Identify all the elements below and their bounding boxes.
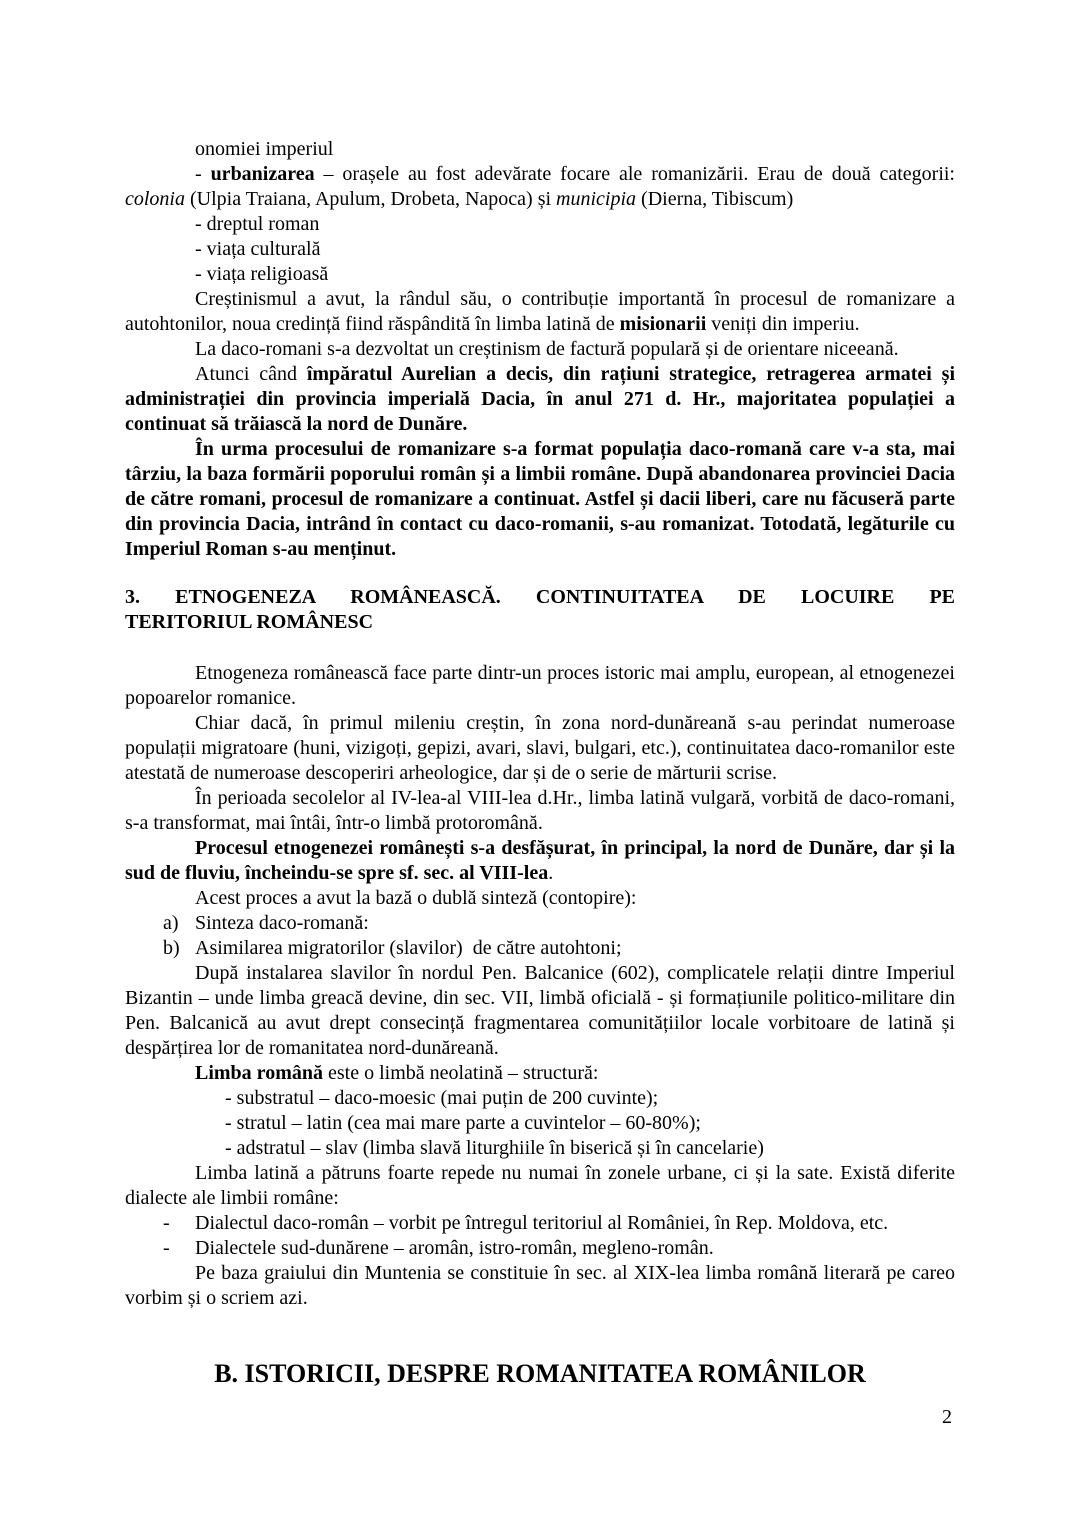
text-segment: 3. ETNOGENEZA ROMÂNEASCĂ. CONTINUITATEA … — [125, 586, 955, 608]
page-number: 2 — [942, 1405, 952, 1430]
paragraph: - dreptul roman — [125, 212, 955, 237]
paragraph: Atunci când împăratul Aurelian a decis, … — [125, 362, 955, 437]
text-segment: Dialectul daco-român – vorbit pe întregu… — [195, 1212, 888, 1234]
text-segment: Sinteza daco-romană: — [195, 912, 369, 934]
sub-list-item: - adstratul – slav (limba slavă liturghi… — [225, 1136, 955, 1161]
text-segment: - dreptul roman — [195, 213, 319, 235]
text-segment: municipia — [556, 188, 636, 210]
text-segment: Asimilarea migratorilor (slavilor) de că… — [195, 937, 622, 959]
text-segment: - stratul – latin (cea mai mare parte a … — [225, 1112, 701, 1134]
paragraph: - urbanizarea – orașele au fost adevărat… — [125, 162, 955, 212]
text-segment: În perioada secolelor al IV-lea-al VIII-… — [125, 787, 955, 834]
paragraph: Pe baza graiului din Muntenia se constit… — [125, 1261, 955, 1311]
paragraph: Procesul etnogenezei românești s-a desfă… — [125, 836, 955, 886]
section-heading-line: 3. ETNOGENEZA ROMÂNEASCĂ. CONTINUITATEA … — [125, 585, 955, 610]
sub-list-item: - stratul – latin (cea mai mare parte a … — [225, 1111, 955, 1136]
text-segment: - viața culturală — [195, 238, 321, 260]
list-marker: - — [163, 1236, 195, 1261]
list-item-text: Dialectul daco-român – vorbit pe întregu… — [195, 1211, 955, 1236]
text-segment: Procesul etnogenezei românești s-a desfă… — [125, 837, 955, 884]
text-segment: Chiar dacă, în primul mileniu creștin, î… — [125, 712, 955, 784]
list-item: -Dialectele sud-dunărene – aromân, istro… — [125, 1236, 955, 1261]
section-heading-line: TERITORIUL ROMÂNESC — [125, 610, 955, 635]
text-segment: onomiei imperiul — [195, 138, 333, 160]
list-item: -Dialectul daco-român – vorbit pe întreg… — [125, 1211, 955, 1236]
document-page: onomiei imperiul- urbanizarea – orașele … — [0, 0, 1080, 1527]
paragraph: Limba latină a pătruns foarte repede nu … — [125, 1161, 955, 1211]
paragraph: onomiei imperiul — [125, 137, 955, 162]
list-marker: a) — [163, 911, 195, 936]
text-segment: Acest proces a avut la bază o dublă sint… — [195, 887, 636, 909]
text-segment: - viața religioasă — [195, 263, 328, 285]
text-segment: Etnogeneza românească face parte dintr-u… — [125, 662, 955, 709]
list-marker: - — [163, 1211, 195, 1236]
text-segment: În urma procesului de romanizare s-a for… — [125, 438, 955, 560]
text-segment: misionarii — [620, 313, 707, 335]
paragraph: Limba română este o limbă neolatină – st… — [125, 1061, 955, 1086]
text-segment: TERITORIUL ROMÂNESC — [125, 611, 373, 633]
paragraph: Creștinismul a avut, la rândul său, o co… — [125, 287, 955, 337]
paragraph: Acest proces a avut la bază o dublă sint… — [125, 886, 955, 911]
text-segment: (Dierna, Tibiscum) — [636, 188, 793, 210]
paragraph: Chiar dacă, în primul mileniu creștin, î… — [125, 711, 955, 786]
text-segment: Dialectele sud-dunărene – aromân, istro-… — [195, 1237, 714, 1259]
list-item-text: Sinteza daco-romană: — [195, 911, 955, 936]
text-segment: - adstratul – slav (limba slavă liturghi… — [225, 1137, 764, 1159]
document-title: B. ISTORICII, DESPRE ROMANITATEA ROMÂNIL… — [125, 1357, 955, 1390]
document-body: onomiei imperiul- urbanizarea – orașele … — [125, 137, 955, 1390]
paragraph: La daco-romani s-a dezvoltat un creștini… — [125, 337, 955, 362]
text-segment: este o limbă neolatină – structură: — [323, 1062, 598, 1084]
text-segment: După instalarea slavilor în nordul Pen. … — [125, 962, 955, 1059]
text-segment: La daco-romani s-a dezvoltat un creștini… — [195, 338, 899, 360]
text-segment: – orașele au fost adevărate focare ale r… — [315, 163, 955, 185]
list-item: b)Asimilarea migratorilor (slavilor) de … — [125, 936, 955, 961]
text-segment: veniți din imperiu. — [706, 313, 859, 335]
text-segment: Pe baza graiului din Muntenia se constit… — [125, 1262, 955, 1309]
paragraph: După instalarea slavilor în nordul Pen. … — [125, 961, 955, 1061]
text-segment: Limba latină a pătruns foarte repede nu … — [125, 1162, 955, 1209]
list-marker: b) — [163, 936, 195, 961]
list-item-text: Asimilarea migratorilor (slavilor) de că… — [195, 936, 955, 961]
sub-list-item: - substratul – daco-moesic (mai puțin de… — [225, 1086, 955, 1111]
paragraph: - viața religioasă — [125, 262, 955, 287]
paragraph: Etnogeneza românească face parte dintr-u… — [125, 661, 955, 711]
text-segment: - substratul – daco-moesic (mai puțin de… — [225, 1087, 658, 1109]
text-segment: - — [195, 163, 211, 185]
text-segment: . — [548, 862, 553, 884]
paragraph: - viața culturală — [125, 237, 955, 262]
text-segment: urbanizarea — [211, 163, 315, 185]
paragraph: În perioada secolelor al IV-lea-al VIII-… — [125, 786, 955, 836]
text-segment: colonia — [125, 188, 185, 210]
text-segment: B. ISTORICII, DESPRE ROMANITATEA ROMÂNIL… — [214, 1359, 866, 1388]
list-item-text: Dialectele sud-dunărene – aromân, istro-… — [195, 1236, 955, 1261]
text-segment: Atunci când — [195, 363, 307, 385]
text-segment: Limba română — [195, 1062, 323, 1084]
text-segment: (Ulpia Traiana, Apulum, Drobeta, Napoca)… — [185, 188, 556, 210]
list-item: a)Sinteza daco-romană: — [125, 911, 955, 936]
paragraph: În urma procesului de romanizare s-a for… — [125, 437, 955, 562]
